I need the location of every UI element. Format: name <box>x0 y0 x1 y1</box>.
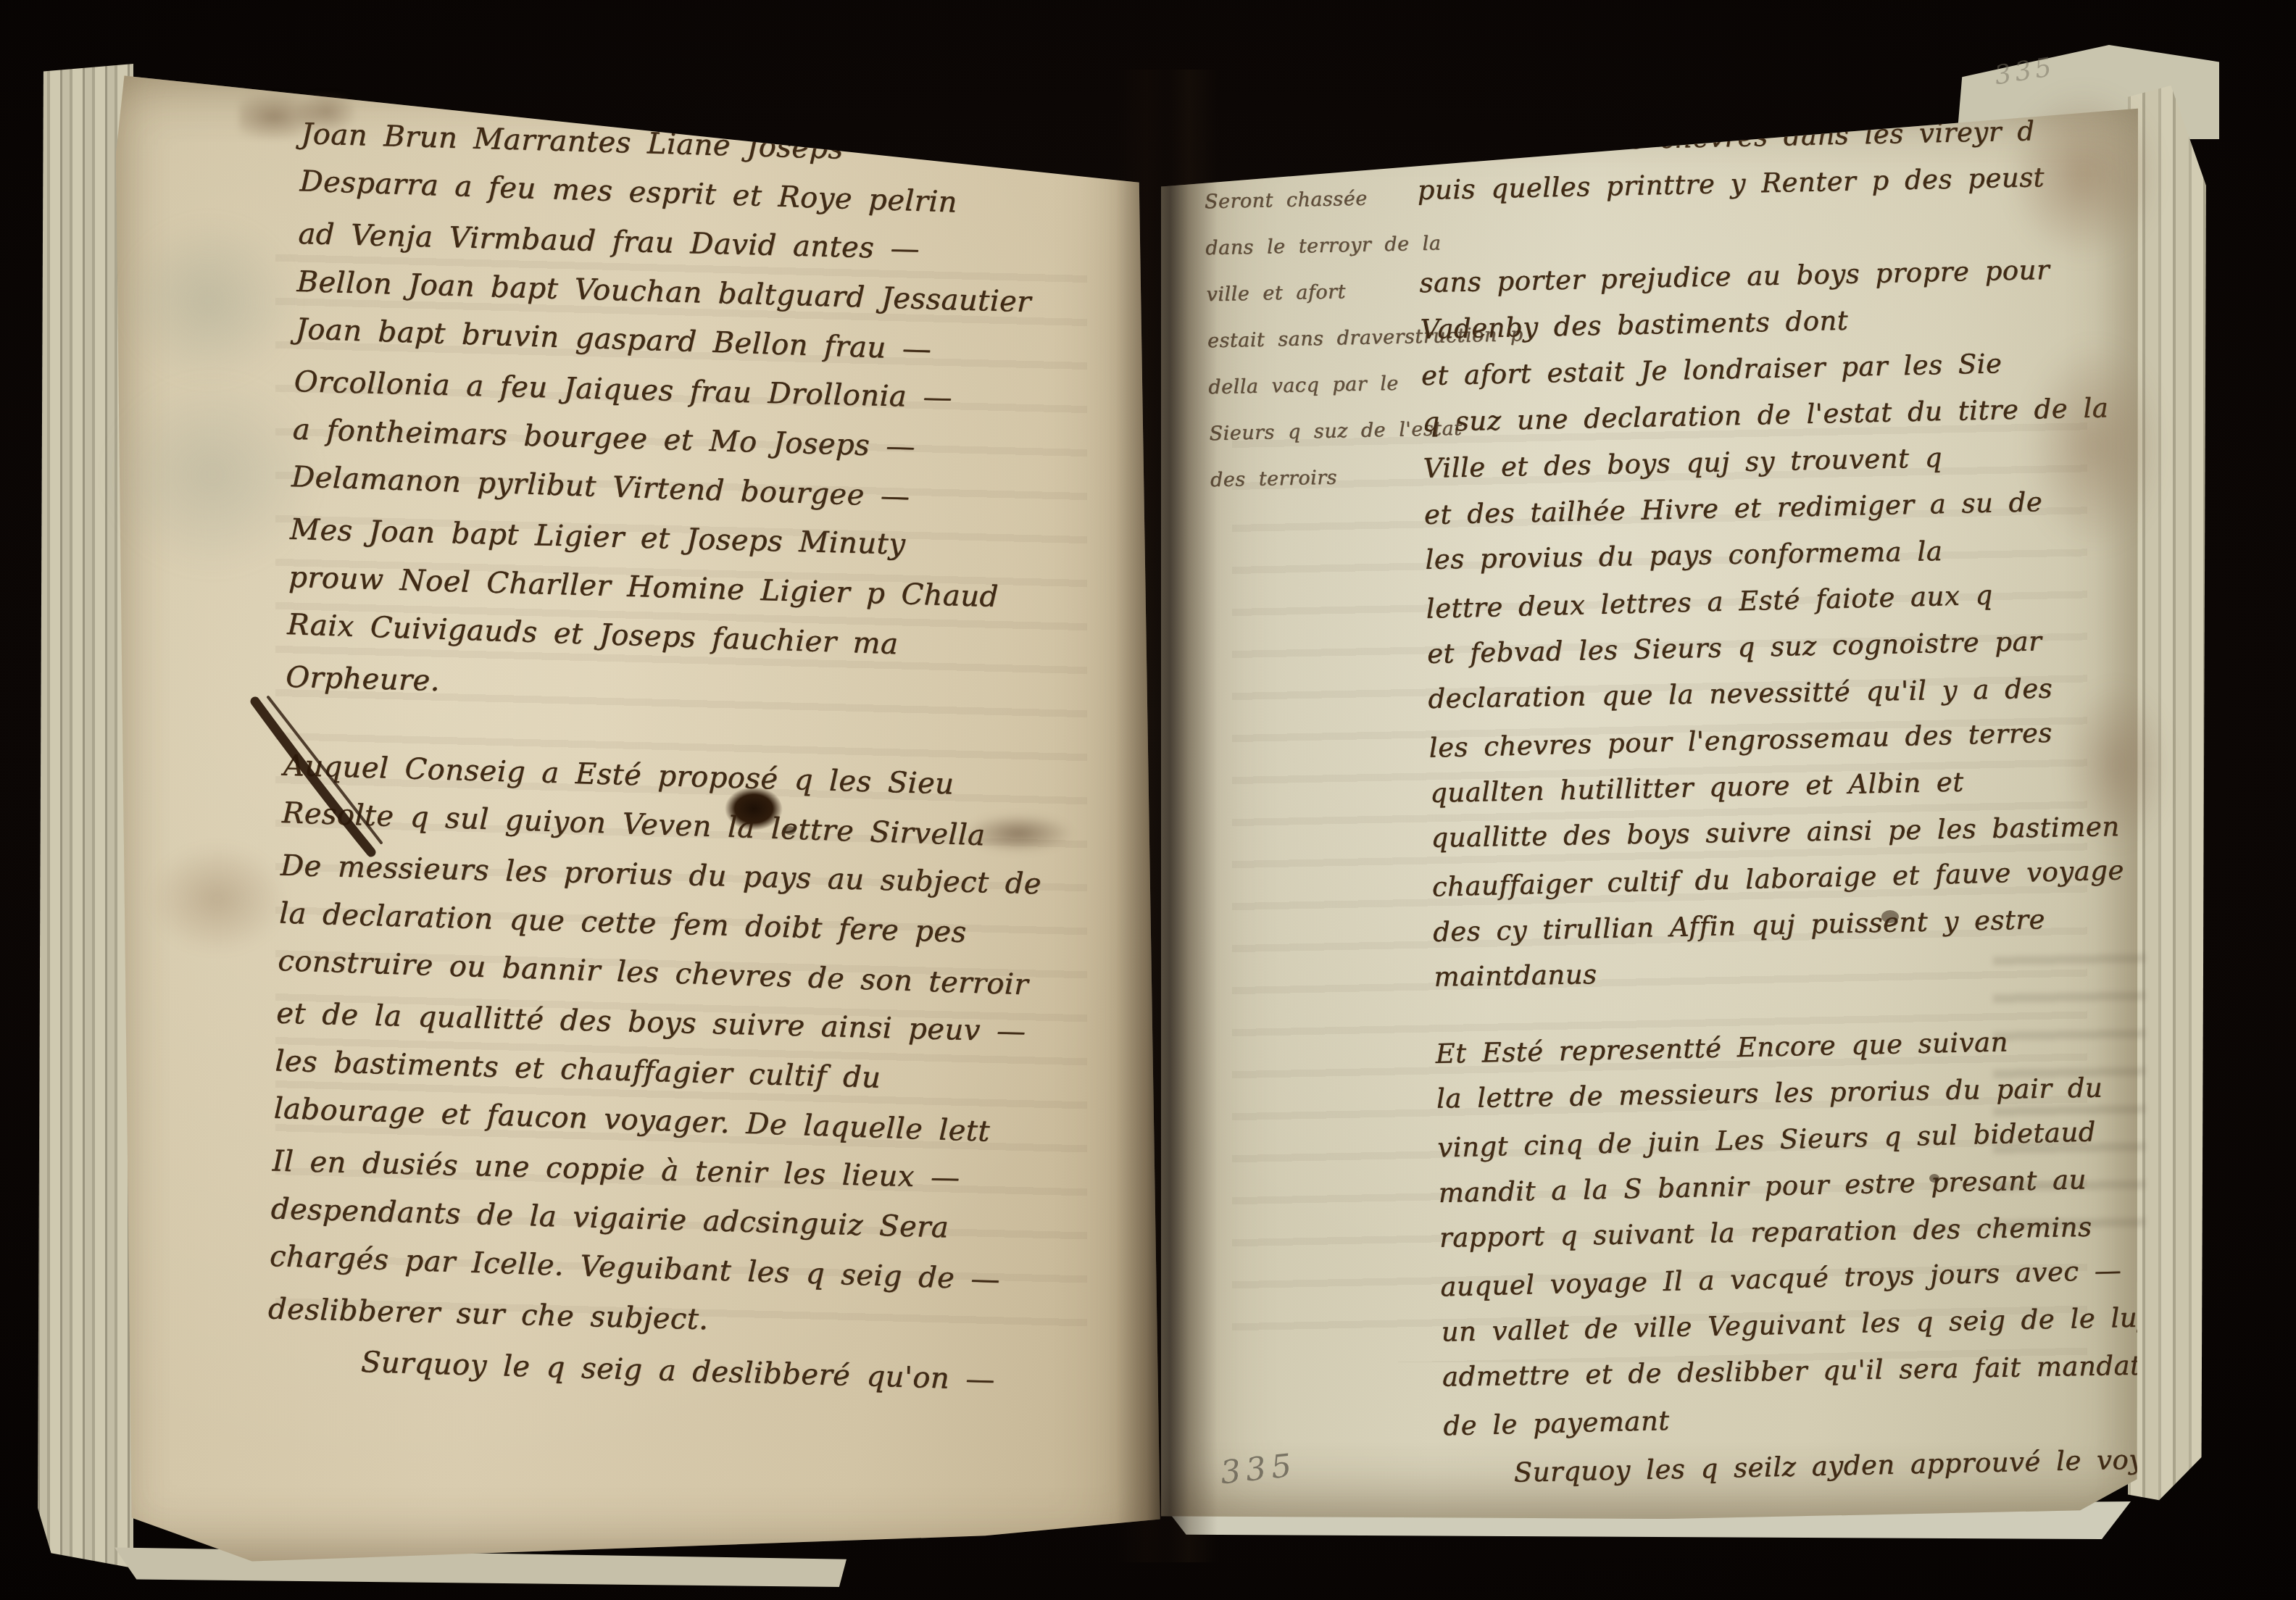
right-annotated-block: Les chevres Considerava les chevres dans… <box>1181 114 2138 504</box>
left-page-text: Joan Brun Marrantes Liane Joseps —Despar… <box>266 117 1171 1417</box>
right-fore-edge-stack <box>2128 86 2206 1514</box>
margin-note: della vacq par le <box>1208 372 1399 399</box>
margin-note: Les chevres <box>1203 142 1332 167</box>
margin-note: Seront chassée <box>1205 188 1368 214</box>
ink-speck <box>784 826 796 835</box>
manuscript-line: Considerava les chevres dans les vireyr … <box>1416 115 2035 159</box>
right-page: Les chevres Considerava les chevres dans… <box>1161 101 2141 1522</box>
folio-number-pencil: 335 <box>1219 1447 1299 1492</box>
margin-note: dans le terroyr de la <box>1205 233 1442 260</box>
right-paragraph-3: Et Esté representté Encore que suivanla … <box>1435 1023 2158 1456</box>
ink-speck <box>1881 910 1899 923</box>
right-page-text: Les chevres Considerava les chevres dans… <box>1181 114 2160 1510</box>
ink-smudge <box>964 814 1073 852</box>
margin-note: des terroirs <box>1210 467 1338 492</box>
pen-flourish <box>246 694 384 864</box>
right-paragraph-2: et des tailhée Hivre et redimiger a su d… <box>1424 484 2150 1009</box>
ink-speck <box>1929 1174 1939 1183</box>
manuscript-photo: Joan Brun Marrantes Liane Joseps —Despar… <box>0 0 2296 1600</box>
faint-ink-smudge-mark <box>239 94 355 139</box>
left-paragraph-1: Joan Brun Marrantes Liane Joseps —Despar… <box>285 117 1170 733</box>
margin-note: ville et afort <box>1206 280 1346 306</box>
ink-blot <box>725 787 783 830</box>
